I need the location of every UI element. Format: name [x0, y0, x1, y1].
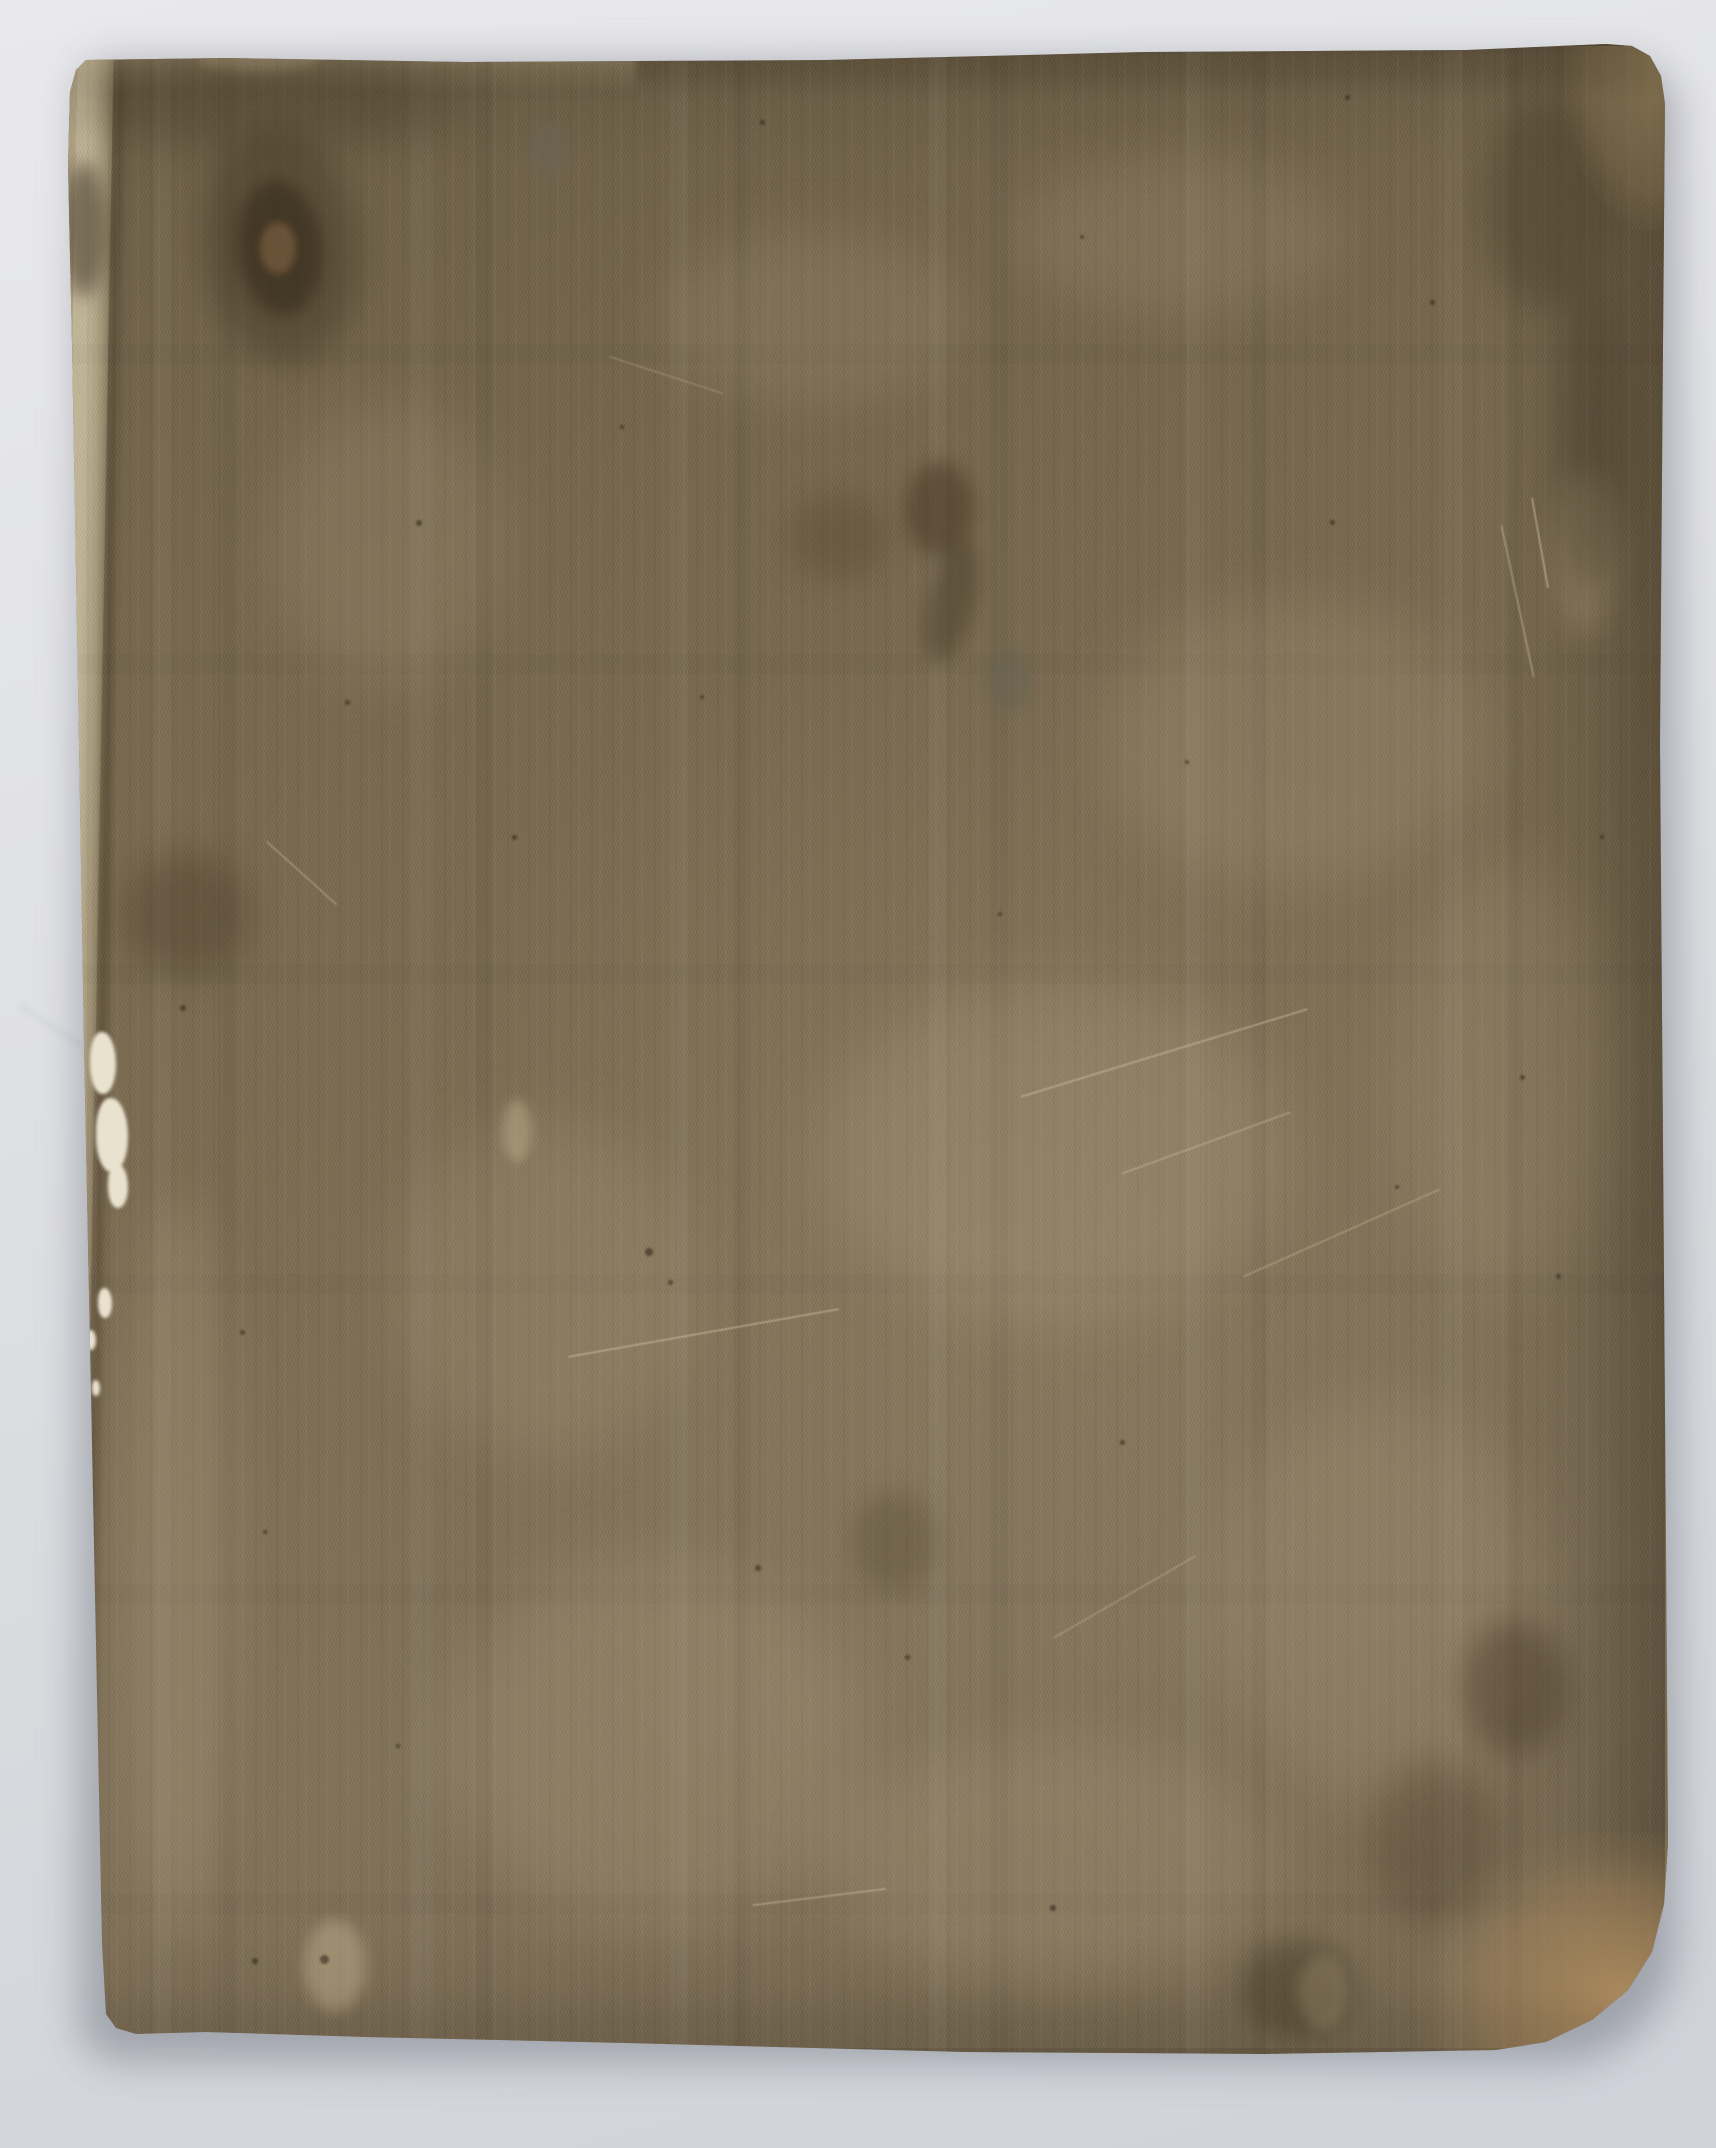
photo	[0, 0, 1716, 2148]
edge-vignette	[66, 44, 1668, 2054]
book	[66, 44, 1668, 2054]
